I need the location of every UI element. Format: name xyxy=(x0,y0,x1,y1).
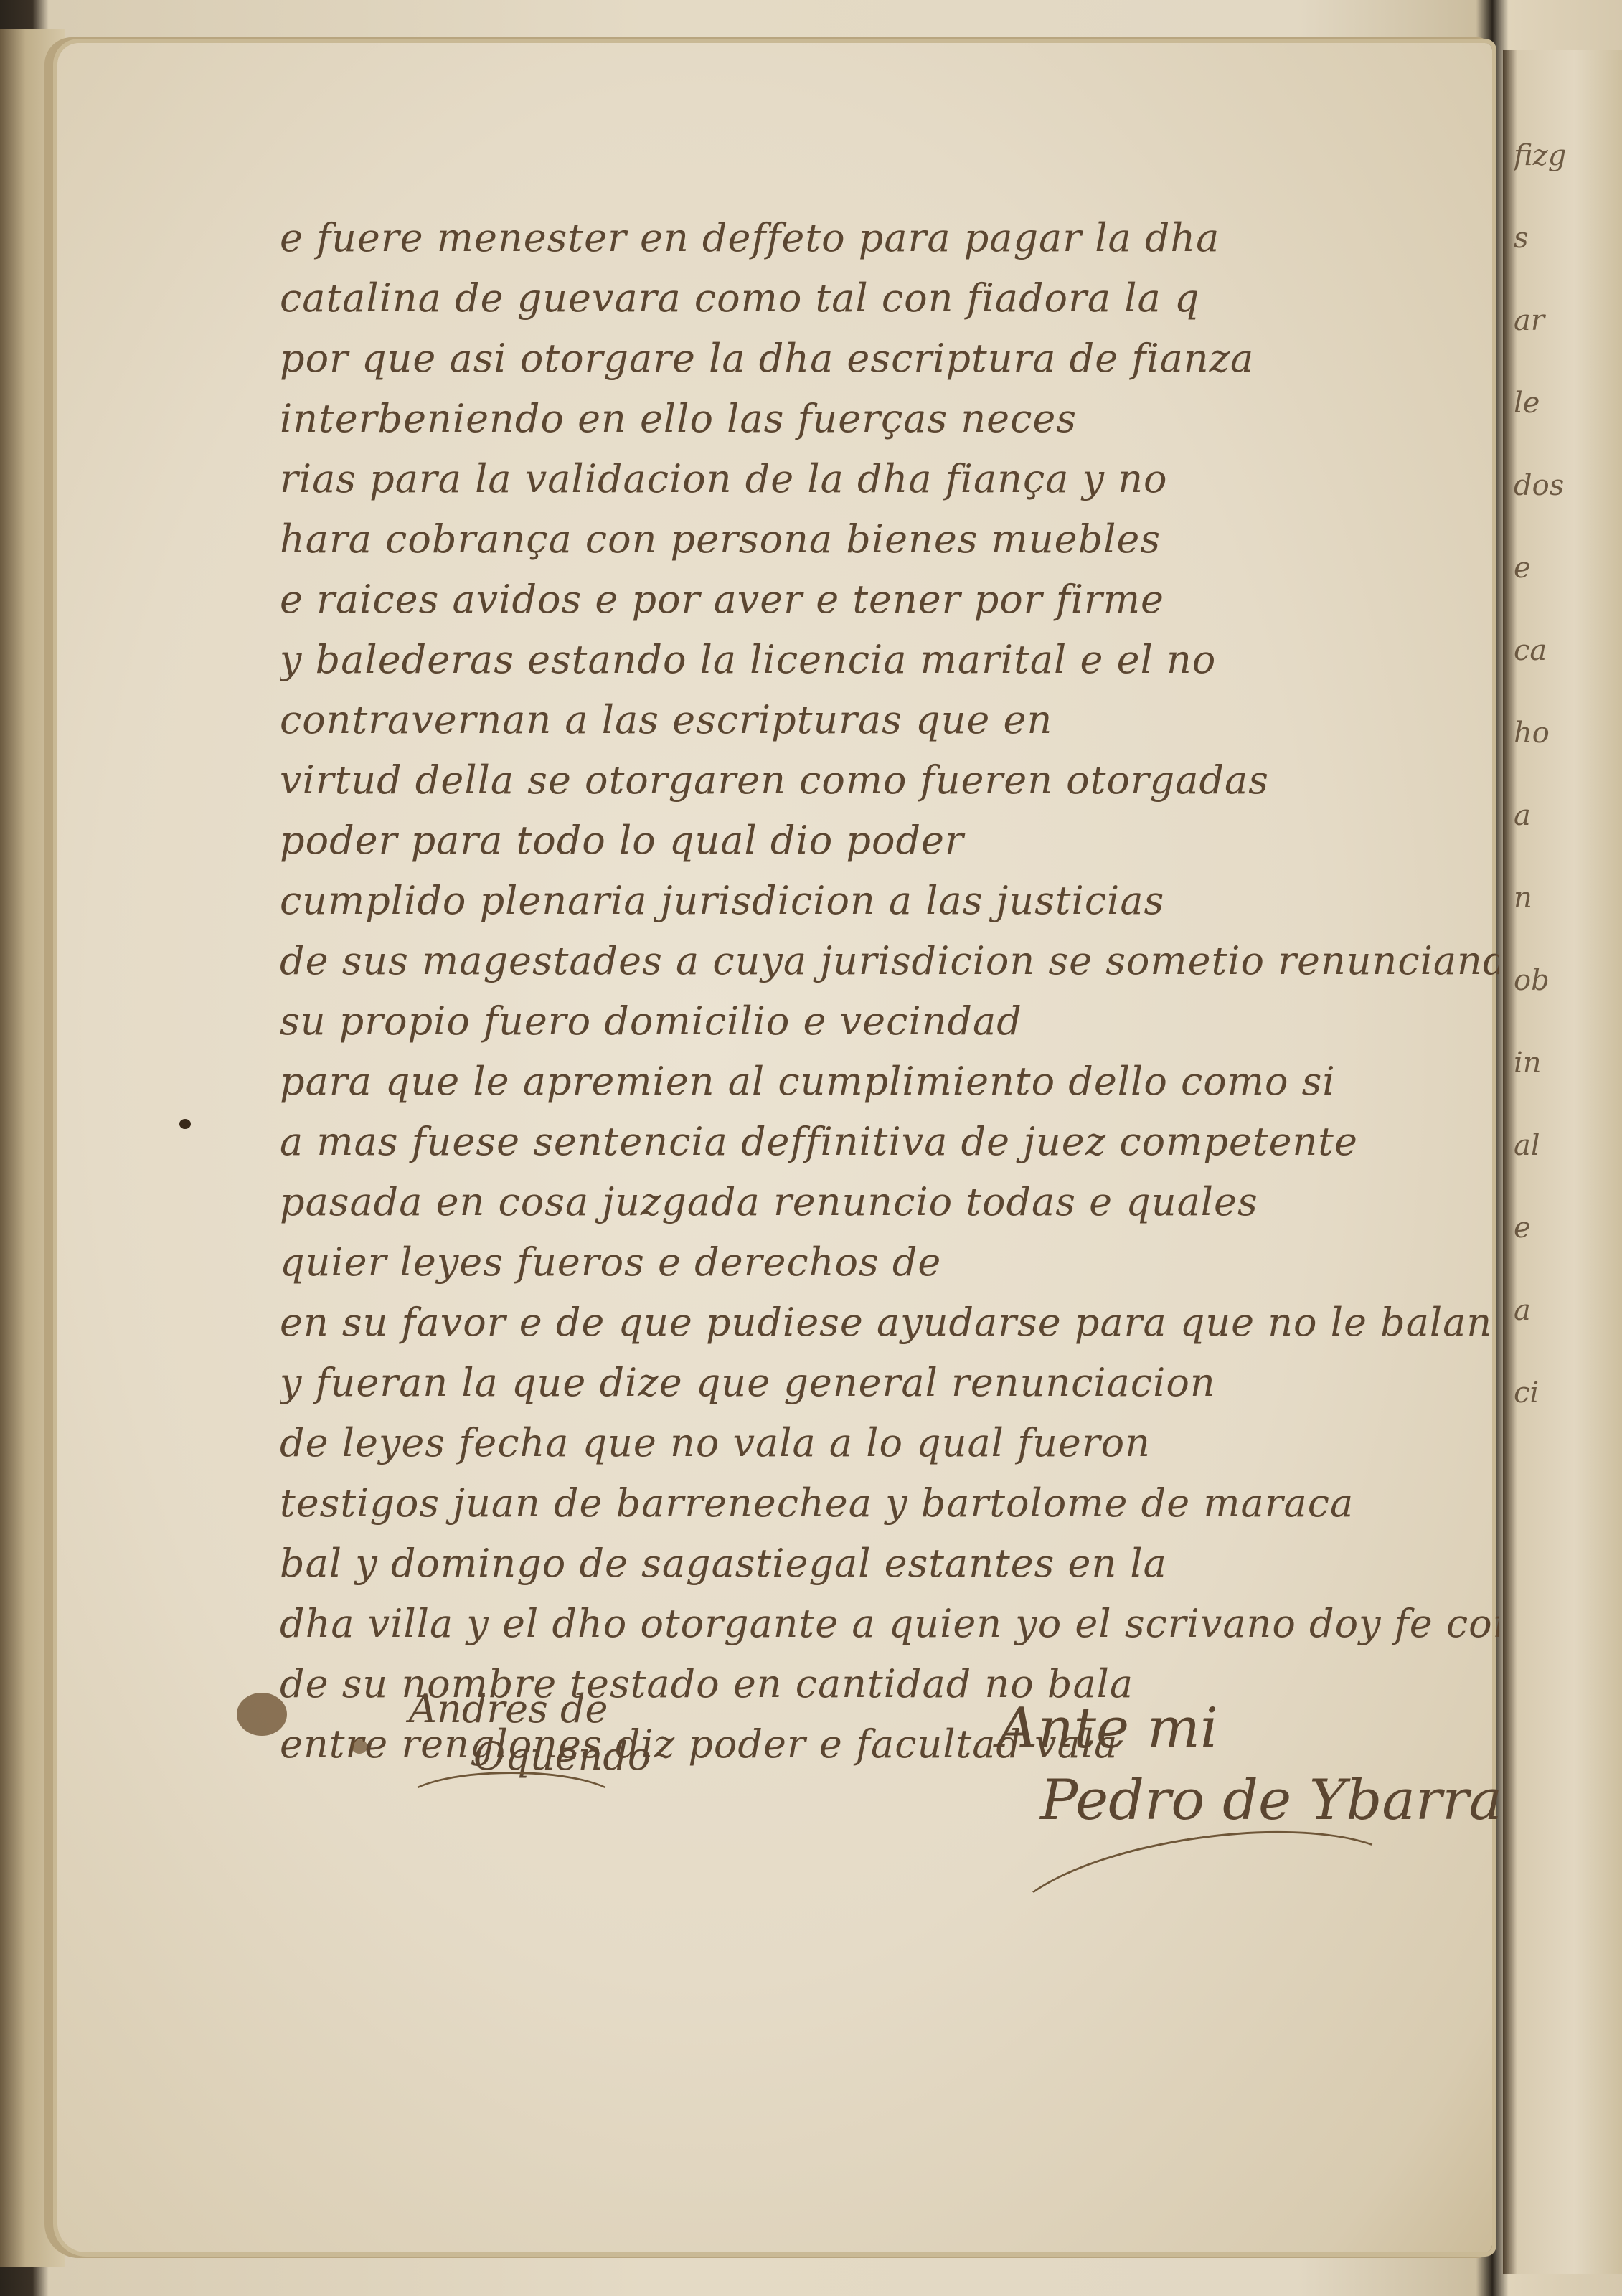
text-line: bal y domingo de sagastiegal estantes en… xyxy=(280,1534,1499,1594)
text-line: para que le apremien al cumplimiento del… xyxy=(280,1052,1499,1112)
text-line: y balederas estando la licencia marital … xyxy=(280,630,1499,690)
signature-line: Ante mi xyxy=(997,1693,1502,1764)
signature-line: Pedro de Ybarra xyxy=(997,1764,1502,1836)
scanned-image: fizg s ar le dos e ca ho a n ob in al e … xyxy=(0,0,1622,2296)
text-line: hara cobrança con persona bienes muebles xyxy=(280,509,1499,570)
text-line: interbeniendo en ello las fuerças neces xyxy=(280,389,1499,449)
text-line: su propio fuero domicilio e vecindad xyxy=(280,991,1499,1052)
text-line: contravernan a las escripturas que en xyxy=(280,690,1499,750)
text-line: por que asi otorgare la dha escriptura d… xyxy=(280,329,1499,389)
text-line: e raices avidos e por aver e tener por f… xyxy=(280,570,1499,630)
text-line: e fuere menester en deffeto para pagar l… xyxy=(280,208,1499,268)
previous-page-edge xyxy=(0,29,65,2267)
text-line: y fueran la que dize que general renunci… xyxy=(280,1353,1499,1413)
signature-notary: Ante mi Pedro de Ybarra xyxy=(997,1693,1502,1836)
ink-blot xyxy=(352,1739,367,1754)
text-line: de sus magestades a cuya jurisdicion se … xyxy=(280,931,1499,991)
text-line: pasada en cosa juzgada renuncio todas e … xyxy=(280,1172,1499,1232)
signature-flourish xyxy=(402,1772,621,1833)
ink-blot xyxy=(237,1693,287,1736)
text-line: a mas fuese sentencia deffinitiva de jue… xyxy=(280,1112,1499,1172)
signature-line: Andres de xyxy=(409,1686,651,1733)
text-line: testigos juan de barrenechea y bartolome… xyxy=(280,1473,1499,1534)
text-line: dha villa y el dho otorgante a quien yo … xyxy=(280,1594,1499,1654)
text-line: de leyes fecha que no vala a lo qual fue… xyxy=(280,1413,1499,1473)
signature-oquendo: Andres de Oquendo xyxy=(409,1686,651,1780)
text-line: virtud della se otorgaren como fueren ot… xyxy=(280,750,1499,811)
text-line: cumplido plenaria jurisdicion a las just… xyxy=(280,871,1499,931)
text-line: quier leyes fueros e derechos de xyxy=(280,1232,1499,1293)
text-line: rias para la validacion de la dha fiança… xyxy=(280,449,1499,509)
adjacent-page-text: fizg s ar le dos e ca ho a n ob in al e … xyxy=(1514,115,1621,1435)
text-line: poder para todo lo qual dio poder xyxy=(280,811,1499,871)
text-line: catalina de guevara como tal con fiadora… xyxy=(280,268,1499,329)
manuscript-body: e fuere menester en deffeto para pagar l… xyxy=(280,208,1499,1775)
text-line: en su favor e de que pudiese ayudarse pa… xyxy=(280,1293,1499,1353)
ink-dot xyxy=(179,1119,191,1129)
